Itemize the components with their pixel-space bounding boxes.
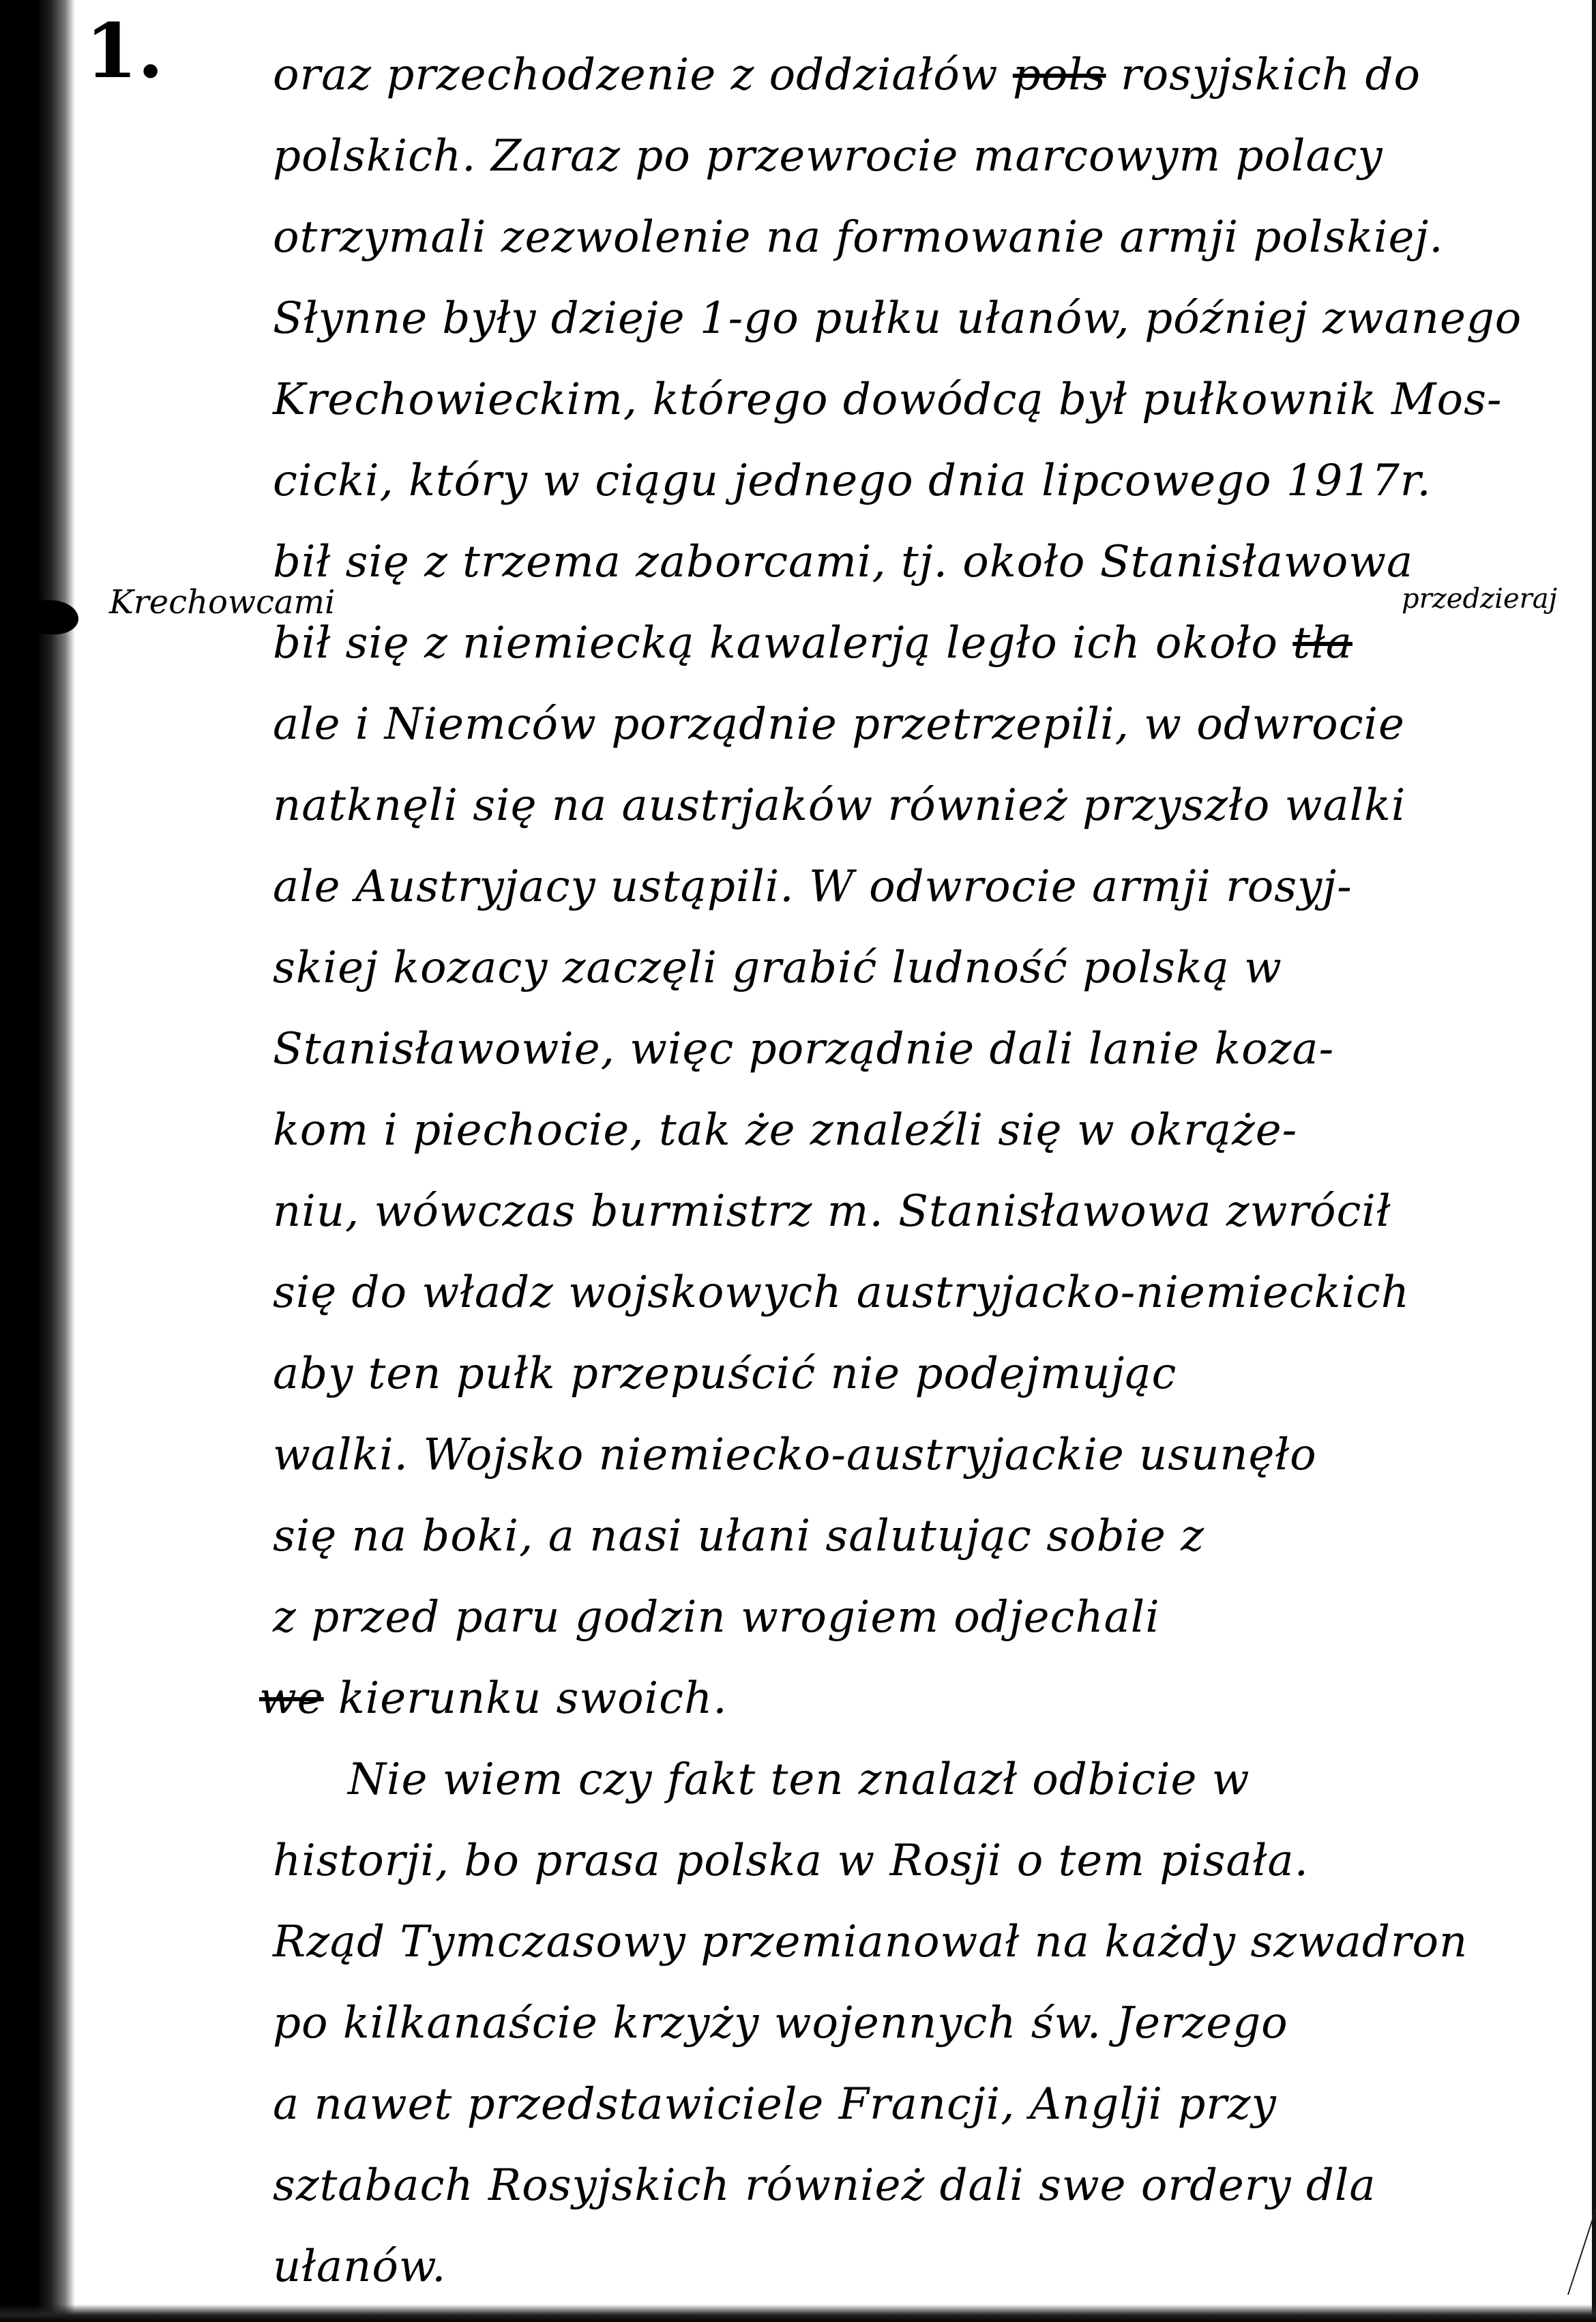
text-line: a nawet przedstawiciele Francji, Anglji …	[273, 2072, 1277, 2136]
text-line: kom i piechocie, tak że znaleźli się w o…	[273, 1098, 1297, 1162]
text-line: Rząd Tymczasowy przemianował na każdy sz…	[273, 1910, 1468, 1974]
struck-out-word: pols	[1013, 50, 1106, 100]
scan-right-border	[1592, 0, 1596, 2322]
text-line: się na boki, a nasi ułani salutując sobi…	[273, 1504, 1205, 1568]
struck-out-word: we	[259, 1673, 324, 1724]
scan-dark-left-edge	[0, 0, 75, 2322]
ink-blot	[27, 600, 78, 634]
text-line: otrzymali zezwolenie na formowanie armji…	[273, 205, 1444, 269]
text-line: po kilkanaście krzyży wojennych św. Jerz…	[273, 1991, 1288, 2055]
text-line: ale i Niemców porządnie przetrzepili, w …	[273, 692, 1405, 756]
text-line: Krechowieckim, którego dowódcą był pułko…	[273, 368, 1503, 432]
text-line: skiej kozacy zaczęli grabić ludność pols…	[273, 936, 1282, 1000]
text-line: ale Austryjacy ustąpili. W odwrocie armj…	[273, 855, 1353, 919]
text-line: cicki, który w ciągu jednego dnia lipcow…	[273, 449, 1432, 513]
text-line: historji, bo prasa polska w Rosji o tem …	[273, 1829, 1309, 1893]
text-line: bił się z niemiecką kawalerją legło ich …	[273, 611, 1353, 675]
interlinear-insertion: przedzieraj	[1402, 583, 1557, 615]
text-line: Stanisławowie, więc porządnie dali lanie…	[273, 1017, 1334, 1081]
text-line: ułanów.	[273, 2235, 446, 2299]
text-line: się do władz wojskowych austryjacko-niem…	[273, 1261, 1410, 1325]
text-line: oraz przechodzenie z oddziałów pols rosy…	[273, 43, 1421, 107]
struck-out-word: tła	[1292, 618, 1353, 668]
scan-bottom-edge	[0, 2304, 1596, 2322]
text-line: Nie wiem czy fakt ten znalazł odbicie w	[348, 1748, 1250, 1812]
page-number: 1.	[85, 7, 164, 95]
text-line: polskich. Zaraz po przewrocie marcowym p…	[273, 124, 1383, 188]
text-line: bił się z trzema zaborcami, tj. około St…	[273, 530, 1413, 594]
text-line: natknęli się na austrjaków również przys…	[273, 774, 1406, 838]
scanned-page: 1. Krechowcami przedzieraj oraz przechod…	[0, 0, 1596, 2322]
text-line: walki. Wojsko niemiecko-austryjackie usu…	[273, 1423, 1317, 1487]
text-line: Słynne były dzieje 1-go pułku ułanów, pó…	[273, 286, 1522, 351]
text-line: aby ten pułk przepuścić nie podejmując	[273, 1342, 1177, 1406]
text-line: we kierunku swoich.	[259, 1666, 728, 1731]
text-line: z przed paru godzin wrogiem odjechali	[273, 1585, 1160, 1649]
text-line: sztabach Rosyjskich również dali swe ord…	[273, 2154, 1376, 2218]
text-line: niu, wówczas burmistrz m. Stanisławowa z…	[273, 1179, 1391, 1244]
